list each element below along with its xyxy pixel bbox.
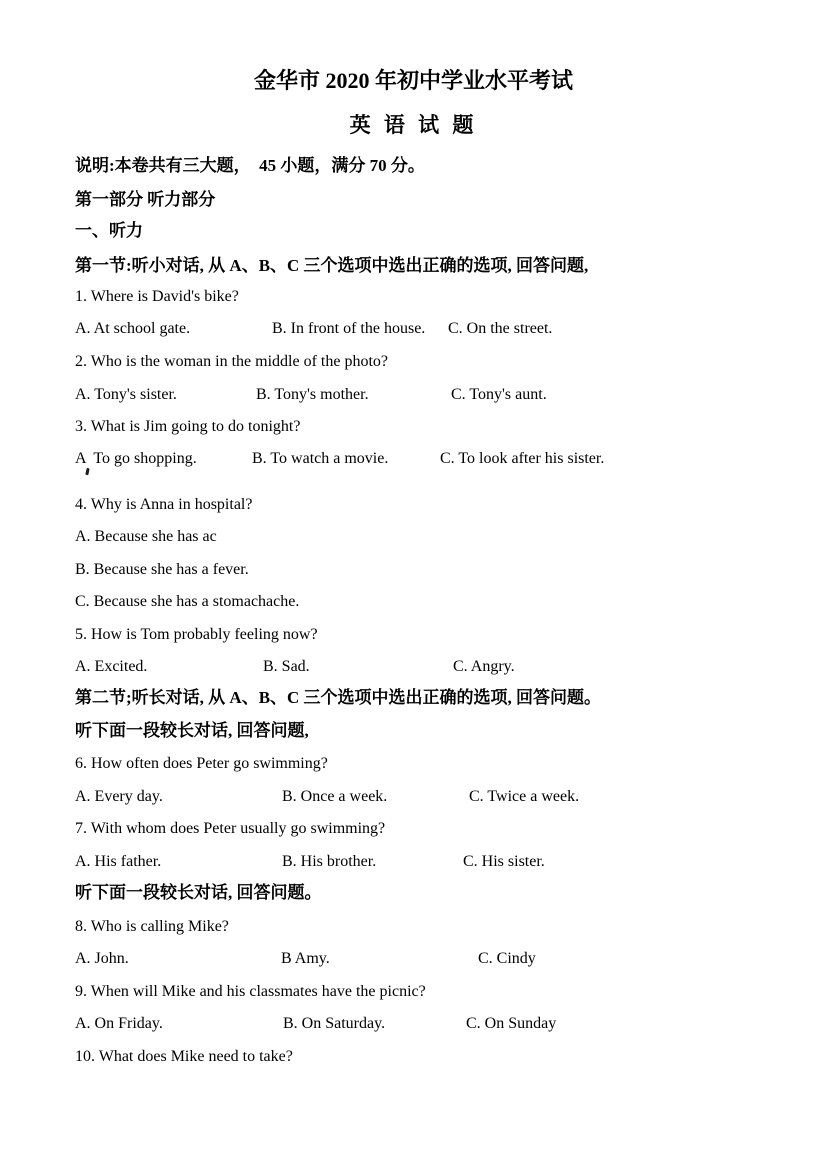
option-a: A. On Friday. bbox=[75, 1014, 163, 1034]
option-b: B. His brother. bbox=[282, 852, 376, 872]
option-a: A. At school gate. bbox=[75, 319, 190, 339]
option-a: A. His father. bbox=[75, 852, 161, 872]
question-6: 6. How often does Peter go swimming? bbox=[75, 754, 328, 774]
dialog2-note: 听下面一段较长对话, 回答问题。 bbox=[75, 882, 322, 904]
option-c: C. His sister. bbox=[463, 852, 545, 872]
section1-instruction: 第一节:听小对话, 从 A、B、C 三个选项中选出正确的选项, 回答问题, bbox=[75, 255, 588, 277]
question-4: 4. Why is Anna in hospital? bbox=[75, 495, 252, 515]
exam-note: 说明:本卷共有三大题， 45 小题，满分 70 分。 bbox=[75, 155, 425, 177]
question-7: 7. With whom does Peter usually go swimm… bbox=[75, 819, 385, 839]
exam-paper-page: 金华市 2020 年初中学业水平考试 英 语 试 题 说明:本卷共有三大题， 4… bbox=[0, 0, 827, 1169]
option-b: B. Sad. bbox=[263, 657, 310, 677]
option-a: A. Tony's sister. bbox=[75, 385, 177, 405]
question-10: 10. What does Mike need to take? bbox=[75, 1047, 293, 1067]
question-9-options: A. On Friday. B. On Saturday. C. On Sund… bbox=[75, 1014, 827, 1034]
question-4-option-a: A. Because she has ac bbox=[75, 527, 217, 547]
option-c: C. To look after his sister. bbox=[440, 449, 604, 469]
option-b: B. To watch a movie. bbox=[252, 449, 388, 469]
option-c: C. Tony's aunt. bbox=[451, 385, 547, 405]
option-b: B. Once a week. bbox=[282, 787, 387, 807]
option-c: C. On Sunday bbox=[466, 1014, 556, 1034]
dialog1-note: 听下面一段较长对话, 回答问题, bbox=[75, 720, 309, 742]
option-a: A. Every day. bbox=[75, 787, 163, 807]
question-4-option-c: C. Because she has a stomachache. bbox=[75, 592, 299, 612]
option-a: A To go shopping. bbox=[75, 449, 197, 469]
option-b: B. On Saturday. bbox=[283, 1014, 385, 1034]
exam-subtitle: 英 语 试 题 bbox=[0, 112, 827, 138]
question-3-options: A To go shopping. B. To watch a movie. C… bbox=[75, 449, 827, 469]
option-b: B. Tony's mother. bbox=[256, 385, 369, 405]
section2-instruction: 第二节;听长对话, 从 A、B、C 三个选项中选出正确的选项, 回答问题。 bbox=[75, 687, 601, 709]
question-1: 1. Where is David's bike? bbox=[75, 287, 239, 307]
option-c: C. Angry. bbox=[453, 657, 515, 677]
option-c: C. Cindy bbox=[478, 949, 536, 969]
option-a: A. Excited. bbox=[75, 657, 147, 677]
option-a: A. John. bbox=[75, 949, 129, 969]
question-4-option-b: B. Because she has a fever. bbox=[75, 560, 249, 580]
question-1-options: A. At school gate. B. In front of the ho… bbox=[75, 319, 827, 339]
question-8: 8. Who is calling Mike? bbox=[75, 917, 229, 937]
question-5-options: A. Excited. B. Sad. C. Angry. bbox=[75, 657, 827, 677]
question-6-options: A. Every day. B. Once a week. C. Twice a… bbox=[75, 787, 827, 807]
option-b: B Amy. bbox=[281, 949, 330, 969]
question-2: 2. Who is the woman in the middle of the… bbox=[75, 352, 388, 372]
option-b: B. In front of the house. bbox=[272, 319, 425, 339]
option-c: C. On the street. bbox=[448, 319, 552, 339]
question-9: 9. When will Mike and his classmates hav… bbox=[75, 982, 426, 1002]
exam-title: 金华市 2020 年初中学业水平考试 bbox=[0, 68, 827, 94]
part1-heading: 第一部分 听力部分 bbox=[75, 189, 215, 211]
question-2-options: A. Tony's sister. B. Tony's mother. C. T… bbox=[75, 385, 827, 405]
question-7-options: A. His father. B. His brother. C. His si… bbox=[75, 852, 827, 872]
question-8-options: A. John. B Amy. C. Cindy bbox=[75, 949, 827, 969]
option-c: C. Twice a week. bbox=[469, 787, 579, 807]
listening-section-heading: 一、听力 bbox=[75, 220, 143, 242]
question-5: 5. How is Tom probably feeling now? bbox=[75, 625, 318, 645]
question-3: 3. What is Jim going to do tonight? bbox=[75, 417, 300, 437]
